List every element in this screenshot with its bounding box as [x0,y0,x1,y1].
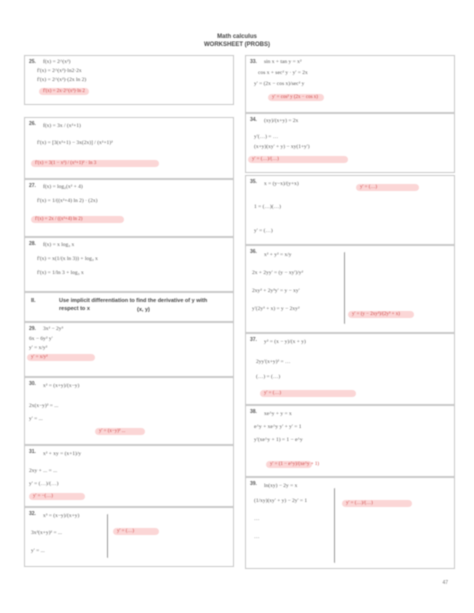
problem-number: 25. [29,59,36,65]
math-line: x² + xy = (x+1)/y [43,451,81,457]
math-line: (…) = (…) [256,374,280,380]
problem-34: 34. (xy)/(x+y) = 2x y'(…) = … (x+y)(xy' … [245,113,455,173]
answer-highlight: y' = (…) [113,528,159,535]
math-line: y' = ... [31,548,45,554]
answer-highlight: y' = cos² y (2x − cos x) [268,94,324,101]
math-line: e^y + xe^y y' + y' = 1 [254,424,301,430]
problem-39: 39. ln(xy) − 2y = x (1/xy)(xy' + y) − 2y… [245,477,455,569]
math-line: cos x + sec² y · y' = 2x [258,70,308,76]
math-line: ln(xy) − 2y = x [264,483,297,489]
answer-highlight: y' = (…)/(…) [342,500,412,507]
problem-number: 39. [250,481,257,487]
math-line: 1 = (…)(…) [254,204,281,210]
math-line: y'(xe^y + 1) = 1 − e^y [254,437,303,443]
math-line: f'(x) = 1/((x²+4) ln 2) · (2x) [37,198,97,204]
problem-31: 31. x² + xy = (x+1)/y 2xy + ... = ... y'… [24,445,234,507]
answer-highlight: y' = (x−y)² ... [95,428,145,435]
math-line: xe^y + y = x [264,411,292,417]
problem-number: 28. [29,241,36,247]
answer-highlight: y' = (…)/(…) [248,156,348,163]
problem-25: 25. f(x) = 2^(x²) f'(x) = 2^(x²)·ln2·2x … [24,55,234,105]
section-header: II. Use implicit differentiation to find… [24,292,234,322]
problem-27: 27. f(x) = log₂(x² + 4) f'(x) = 1/((x²+4… [24,179,234,237]
math-line: f'(x) = [3(x²+1) − 3x(2x)] / (x²+1)² [37,140,113,146]
math-line: f(x) = 3x / (x²+1) [43,123,81,129]
problem-33: 33. sin x + tan y = x² cos x + sec² y · … [245,55,455,113]
math-line: y'(2y³ + x) = y − 2xy² [252,306,300,312]
math-line: f(x) = log₂(x² + 4) [43,184,83,190]
math-line: (x+y)(xy' + y) − xy(1+y') [254,144,310,150]
worksheet-title: Math calculus [0,34,474,40]
math-line: sin x + tan y = x² [264,59,302,65]
problem-number: 26. [29,121,36,127]
problem-number: 27. [29,183,36,189]
math-line: 3x²(x+y)² = ... [31,530,62,536]
problem-28: 28. f(x) = x log₃ x f'(x) = x(1/(x ln 3)… [24,237,234,292]
problem-29: 29. 3x² − 2y³ 6x − 6y² y' y' = x/y² y' =… [24,322,234,377]
problem-30: 30. x² = (x+y)/(x−y) 2x(x−y)² = ... y' =… [24,377,234,445]
answer-highlight: y' = −(…) [29,493,85,500]
problem-number: 29. [29,326,36,332]
math-line: y² = (x − y)/(x + y) [264,339,306,345]
answer-highlight: y' = (1 − e^y)/(xe^y + 1) [266,461,312,468]
math-line: f'(x) = x(1/(x ln 3)) + log₃ x [37,256,98,262]
math-line: (xy)/(x+y) = 2x [264,118,298,124]
math-line: f(x) = x log₃ x [43,242,74,248]
math-line: … [254,516,260,522]
math-line: y' = ... [29,416,43,422]
answer-highlight: y' = x/y² [27,354,95,361]
answer-highlight: f'(x) = 2x / ((x²+4) ln 2) [31,216,124,223]
math-line: y'(…) = … [254,134,278,140]
problem-number: 36. [250,249,257,255]
problem-number: 33. [250,59,257,65]
problem-number: 31. [29,449,36,455]
section-point: (x, y) [137,306,150,314]
math-line: x³ = (x−y)/(x+y) [43,513,79,519]
math-line: y' = (…) [254,228,273,234]
math-line: 2x(x−y)² = ... [29,403,58,409]
bracket [107,514,108,558]
answer-highlight: y' = (…) [356,184,419,191]
problem-35: 35. x = (y−x)/(y+x) 1 = (…)(…) y' = (…) … [245,175,455,245]
problem-number: 38. [250,409,257,415]
problem-38: 38. xe^y + y = x e^y + xe^y y' + y' = 1 … [245,405,455,477]
math-line: … [254,534,260,540]
answer-highlight: f'(x) = 3(1 − x²) / (x²+1)² · ln 3 [31,160,159,167]
math-line: y' = (2x − cos x)/sec² y [254,81,304,87]
math-line: y' = x/y² [29,345,47,351]
math-line: x² + y² = x/y [264,252,292,258]
problem-32: 32. x³ = (x−y)/(x+y) 3x²(x+y)² = ... y' … [24,507,234,567]
problem-number: 32. [29,511,36,517]
problem-36: 36. x² + y² = x/y 2x + 2yy' = (y − xy')/… [245,245,455,333]
math-line: y' = (…)/(…) [29,481,58,487]
problem-number: 37. [250,337,257,343]
worksheet-subtitle: WORKSHEET (PROBS) [0,42,474,48]
math-line: f(x) = 2^(x²) [43,59,71,65]
problem-number: 30. [29,381,36,387]
bracket [334,488,335,563]
math-line: f'(x) = 2^(x²)·(2x ln 2) [37,77,86,83]
math-line: 6x − 6y² y' [29,336,53,342]
answer-highlight: f'(x) = 2x·2^(x²)·ln 2 [39,88,89,95]
problem-26: 26. f(x) = 3x / (x²+1) f'(x) = [3(x²+1) … [24,117,234,179]
answer-highlight: y' = (…) [260,390,356,397]
math-line: (1/xy)(xy' + y) − 2y' = 1 [254,498,307,504]
section-label: II. [31,297,36,305]
page-number: 47 [442,580,448,586]
math-line: 2xy² + 2y³y' = y − xy' [252,288,300,294]
math-line: x = (y−x)/(y+x) [264,181,299,187]
math-line: x² = (x+y)/(x−y) [43,383,79,389]
math-line: f'(x) = 1/ln 3 + log₃ x [37,270,84,276]
problem-number: 34. [250,117,257,123]
math-line: 2xy + ... = ... [29,468,57,474]
answer-highlight: y' = (y − 2xy²)/(2y³ + x) [348,311,414,318]
problem-number: 35. [250,179,257,185]
math-line: 2x + 2yy' = (y − xy')/y² [252,270,303,276]
math-line: 3x² − 2y³ [43,326,63,332]
problem-37: 37. y² = (x − y)/(x + y) 2yy'(x+y)² = … … [245,333,455,405]
math-line: 2yy'(x+y)² = … [256,359,291,365]
bracket [344,252,345,324]
math-line: f'(x) = 2^(x²)·ln2·2x [37,68,82,74]
